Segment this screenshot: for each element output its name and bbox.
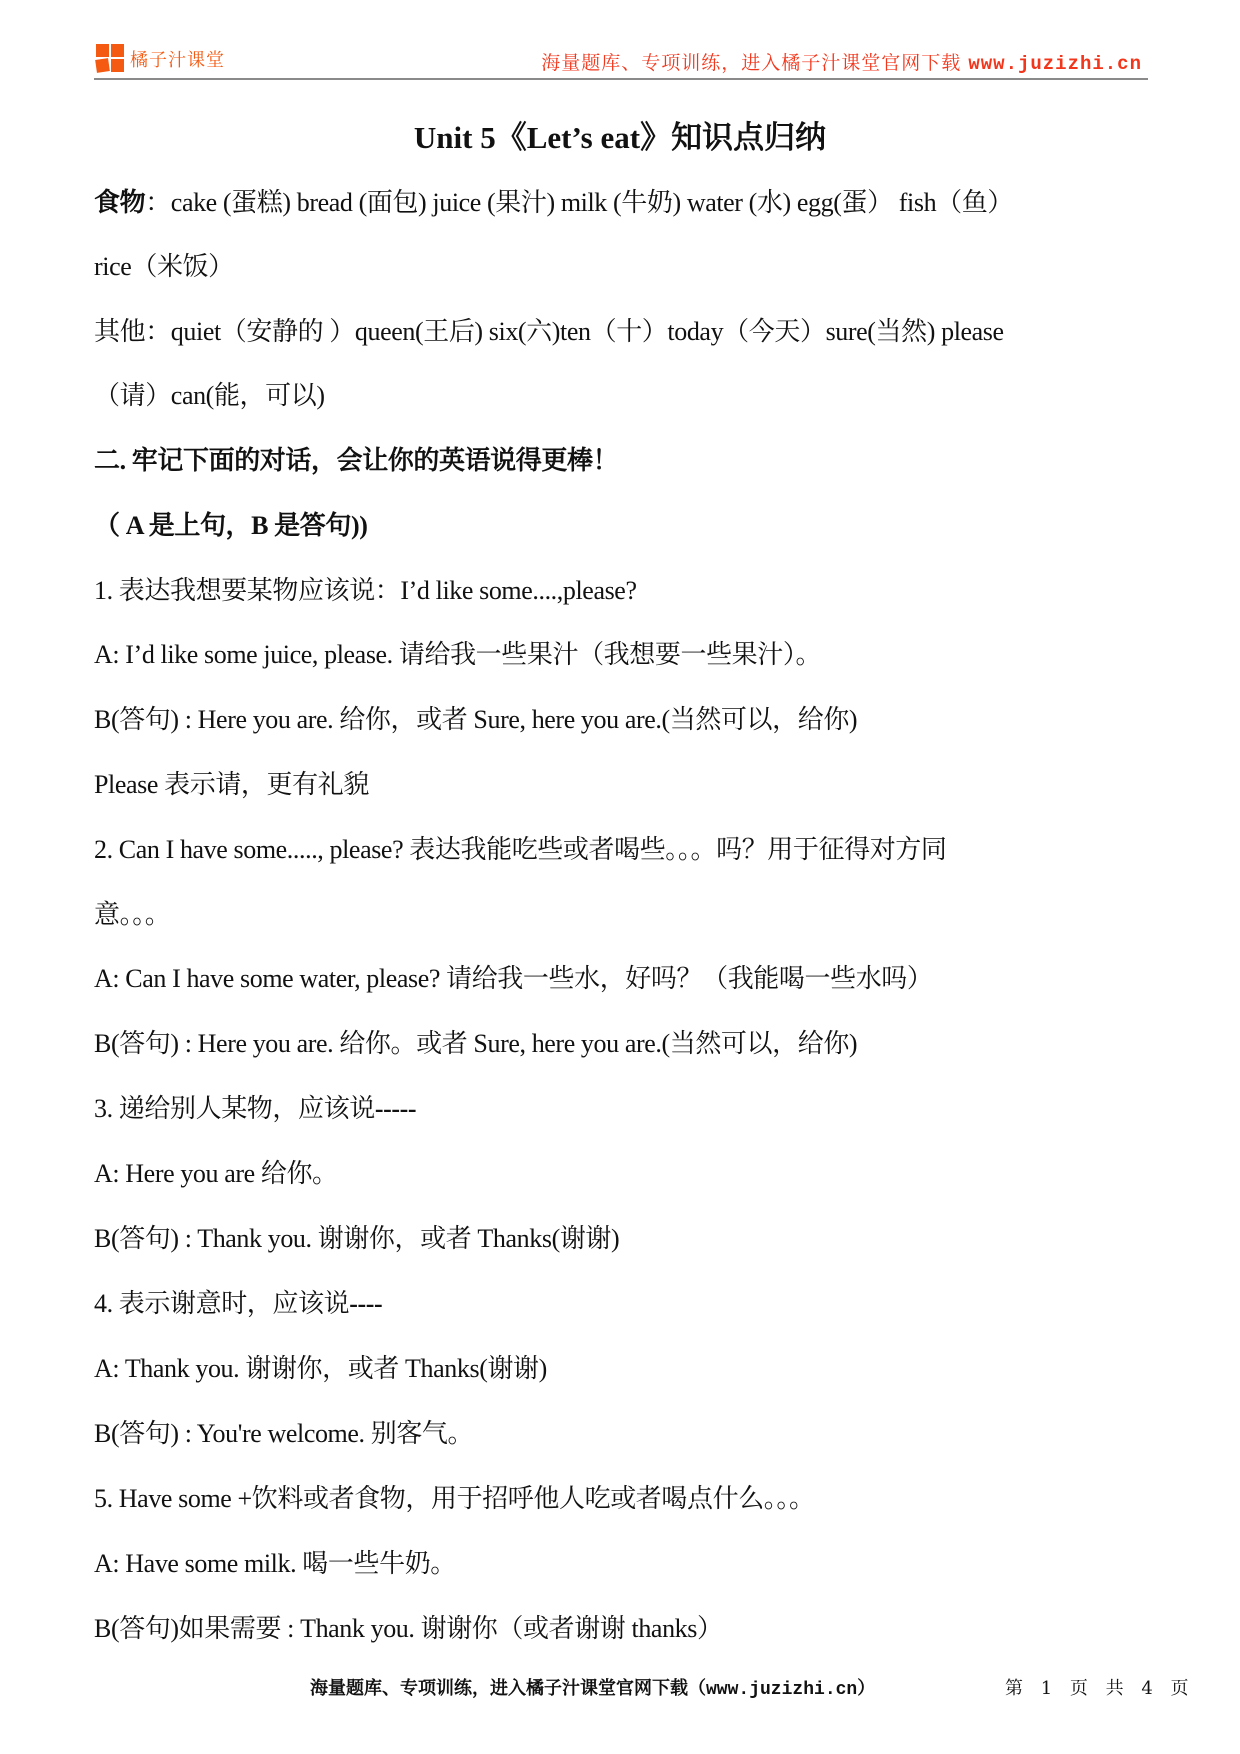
dialogue-3-title-dash: ----- — [375, 1094, 416, 1123]
dialogue-2-title: 2. Can I have some....., please? 表达我能吃些或… — [94, 829, 947, 866]
page-number: 第 1 页 共 4 页 — [1005, 1674, 1195, 1700]
dialogue-2-line-a: A: Can I have some water, please? 请给我一些水… — [94, 958, 933, 995]
footer-url-link[interactable]: www.juzizhi.cn — [706, 1680, 857, 1700]
dialogue-3-line-b: B(答句) : Thank you. 谢谢你，或者 Thanks(谢谢) — [94, 1218, 619, 1255]
header-slogan: 海量题库、专项训练，进入橘子汁课堂官网下载 www.juzizhi.cn — [541, 48, 1142, 75]
dialogue-4-title-dash: ---- — [349, 1289, 382, 1318]
food-vocab-line: 食物：cake (蛋糕) bread (面包) juice (果汁) milk … — [94, 182, 1013, 219]
dialogue-1-line-a: A: I’d like some juice, please. 请给我一些果汁（… — [94, 634, 821, 671]
brand-logo[interactable]: 橘子汁课堂 — [96, 44, 225, 74]
section-2-heading: 二. 牢记下面的对话，会让你的英语说得更棒！ — [94, 440, 618, 477]
dialogue-4-title-text: 4. 表示谢意时，应该说 — [94, 1289, 349, 1318]
dialogue-3-title: 3. 递给别人某物，应该说----- — [94, 1088, 416, 1125]
food-vocab-text: ：cake (蛋糕) bread (面包) juice (果汁) milk (牛… — [145, 188, 1013, 217]
dialogue-4-line-a: A: Thank you. 谢谢你，或者 Thanks(谢谢) — [94, 1348, 547, 1385]
dialogue-3-line-a: A: Here you are 给你。 — [94, 1153, 338, 1190]
footer-slogan: 海量题库、专项训练，进入橘子汁课堂官网下载（www.juzizhi.cn） — [310, 1674, 875, 1700]
footer-slogan-end: ） — [857, 1678, 875, 1699]
logo-text: 橘子汁课堂 — [130, 46, 225, 72]
other-vocab-line-cont: （请）can(能，可以) — [94, 375, 325, 412]
dialogue-1-note: Please 表示请，更有礼貌 — [94, 764, 369, 801]
logo-squares-icon — [96, 44, 126, 74]
dialogue-5-line-b: B(答句)如果需要 : Thank you. 谢谢你（或者谢谢 thanks） — [94, 1608, 723, 1645]
footer-slogan-text: 海量题库、专项训练，进入橘子汁课堂官网下载（ — [310, 1678, 706, 1699]
dialogue-3-title-text: 3. 递给别人某物，应该说 — [94, 1094, 375, 1123]
dialogue-4-title: 4. 表示谢意时，应该说---- — [94, 1283, 382, 1320]
dialogue-5-title: 5. Have some +饮料或者食物，用于招呼他人吃或者喝点什么。。。 — [94, 1478, 815, 1515]
other-vocab-line: 其他：quiet（安静的 ）queen(王后) six(六)ten（十）toda… — [94, 311, 1004, 348]
section-2-note: （ A 是上句，B 是答句)) — [94, 505, 368, 542]
dialogue-2-line-b: B(答句) : Here you are. 给你。或者 Sure, here y… — [94, 1023, 857, 1060]
dialogue-4-line-b: B(答句) : You're welcome. 别客气。 — [94, 1413, 473, 1450]
page-header: 橘子汁课堂 海量题库、专项训练，进入橘子汁课堂官网下载 www.juzizhi.… — [94, 38, 1148, 80]
header-slogan-text: 海量题库、专项训练，进入橘子汁课堂官网下载 — [541, 52, 961, 74]
food-label: 食物 — [94, 188, 145, 217]
food-vocab-line-cont: rice（米饭） — [94, 246, 234, 283]
dialogue-5-line-a: A: Have some milk. 喝一些牛奶。 — [94, 1543, 456, 1580]
dialogue-1-title: 1. 表达我想要某物应该说：I’d like some....,please? — [94, 570, 637, 607]
header-url-link[interactable]: www.juzizhi.cn — [968, 53, 1142, 75]
dialogue-2-title-cont: 意。。。 — [94, 894, 170, 931]
page-title: Unit 5《Let’s eat》知识点归纳 — [0, 112, 1240, 157]
dialogue-1-line-b: B(答句) : Here you are. 给你，或者 Sure, here y… — [94, 699, 857, 736]
